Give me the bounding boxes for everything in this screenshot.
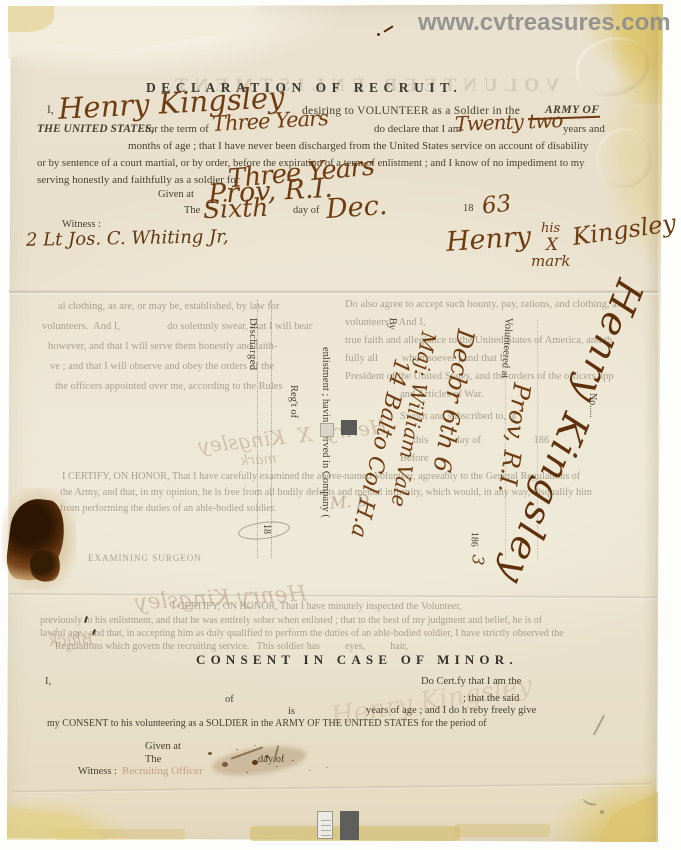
bottom-sticker-artifact [317, 811, 333, 839]
inspect-line: lawful age ; and that, in accepting him … [40, 628, 564, 639]
year-script: 63 [481, 191, 513, 220]
ink-flick-dot [377, 33, 380, 36]
docket-by-label: By [386, 317, 398, 330]
inspect-line: Regulations which govern the recruiting … [55, 641, 408, 652]
consent-is-label: is [288, 706, 295, 717]
recruit-sig-mark: mark [531, 252, 570, 270]
embossed-seal-small-icon [596, 128, 652, 188]
docket-regt-label: Reg't of [288, 385, 299, 418]
showthrough-right-line: Do also agree to accept such bounty, pay… [345, 299, 621, 310]
showthrough-left-line: ve ; and that I will observe and obey th… [50, 361, 274, 372]
the-label: The [184, 205, 200, 216]
docket-year-print: 186 [468, 532, 480, 547]
docket-eighteen-label: 18 [261, 524, 272, 534]
consent-said-label: ; that the said [463, 693, 519, 704]
decl-line2-b: for the term of [145, 123, 209, 135]
bottom-tape-strip-right [455, 824, 550, 837]
inspect-line: I CERTIFY, ON HONOR, That I have minutel… [172, 601, 462, 612]
consent-the-label: The [145, 754, 161, 765]
decl-line2-a: THE UNITED STATES, [37, 123, 154, 135]
consent-certify-label: Do Cert.fy that I am the [421, 676, 521, 687]
scan-artifact-light-square [320, 423, 334, 437]
consent-of-label: of [225, 694, 234, 705]
age-script: Twenty two [455, 108, 563, 136]
month-script: Dec. [325, 190, 388, 225]
inspect-line: previously to his enlistment, and that h… [40, 615, 542, 626]
docket-dotted-rule [271, 300, 272, 558]
day-of-label: day of [293, 205, 320, 216]
decl-line2-d: years and [563, 123, 605, 135]
examining-surgeon-label: EXAMINING SURGEON [88, 553, 202, 563]
watermark: www.cvtreasures.com [418, 9, 671, 37]
recruiting-officer-ghost: Recruiting Officer [122, 765, 203, 777]
consent-given-label: Given at [145, 741, 181, 752]
showthrough-left-line: the officers appointed over me, accordin… [55, 381, 283, 392]
consent-i-label: I, [45, 676, 51, 687]
docket-discharged-label: Discharged [247, 318, 258, 371]
recruit-sig-his: his [541, 221, 560, 236]
decl-line2-c: do declare that I am [374, 123, 461, 135]
given-at-label: Given at [158, 189, 194, 200]
scan-artifact-dark-square [341, 420, 357, 435]
docket-year-script: 3 [468, 554, 488, 566]
witness-signature: 2 Lt Jos. C. Whiting Jr, [26, 226, 229, 251]
recruit-sig-first: Henry [445, 221, 532, 258]
consent-body-line: my CONSENT to his volunteering as a SOLD… [47, 718, 487, 729]
ink-splatter [252, 760, 258, 765]
consent-years-label: years of age ; and I do h reby freely gi… [366, 705, 536, 716]
certify-line: from performing the duties of an able-bo… [60, 503, 276, 514]
year-print: 18 [463, 203, 474, 214]
showthrough-left-line: however, and that I will serve them hone… [48, 341, 277, 352]
bottom-dark-square-artifact [340, 811, 359, 840]
decl-line3: months of age ; that I have never been d… [128, 140, 588, 152]
scanned-document-page: www.cvtreasures.com VOLUNTEER ENLISTMENT… [0, 0, 681, 850]
decl-i-label: I, [47, 104, 54, 116]
right-edge-shade [643, 4, 658, 842]
showthrough-right-line: volunteers. And I, [345, 317, 426, 328]
fold-crease-upper [9, 290, 658, 295]
consent-witness-label: Witness : [78, 766, 117, 777]
consent-title: CONSENT IN CASE OF MINOR. [196, 652, 518, 668]
showthrough-left-line: al clothing, as are, or may be, establis… [58, 301, 280, 312]
day-script: Sixth [203, 193, 269, 224]
